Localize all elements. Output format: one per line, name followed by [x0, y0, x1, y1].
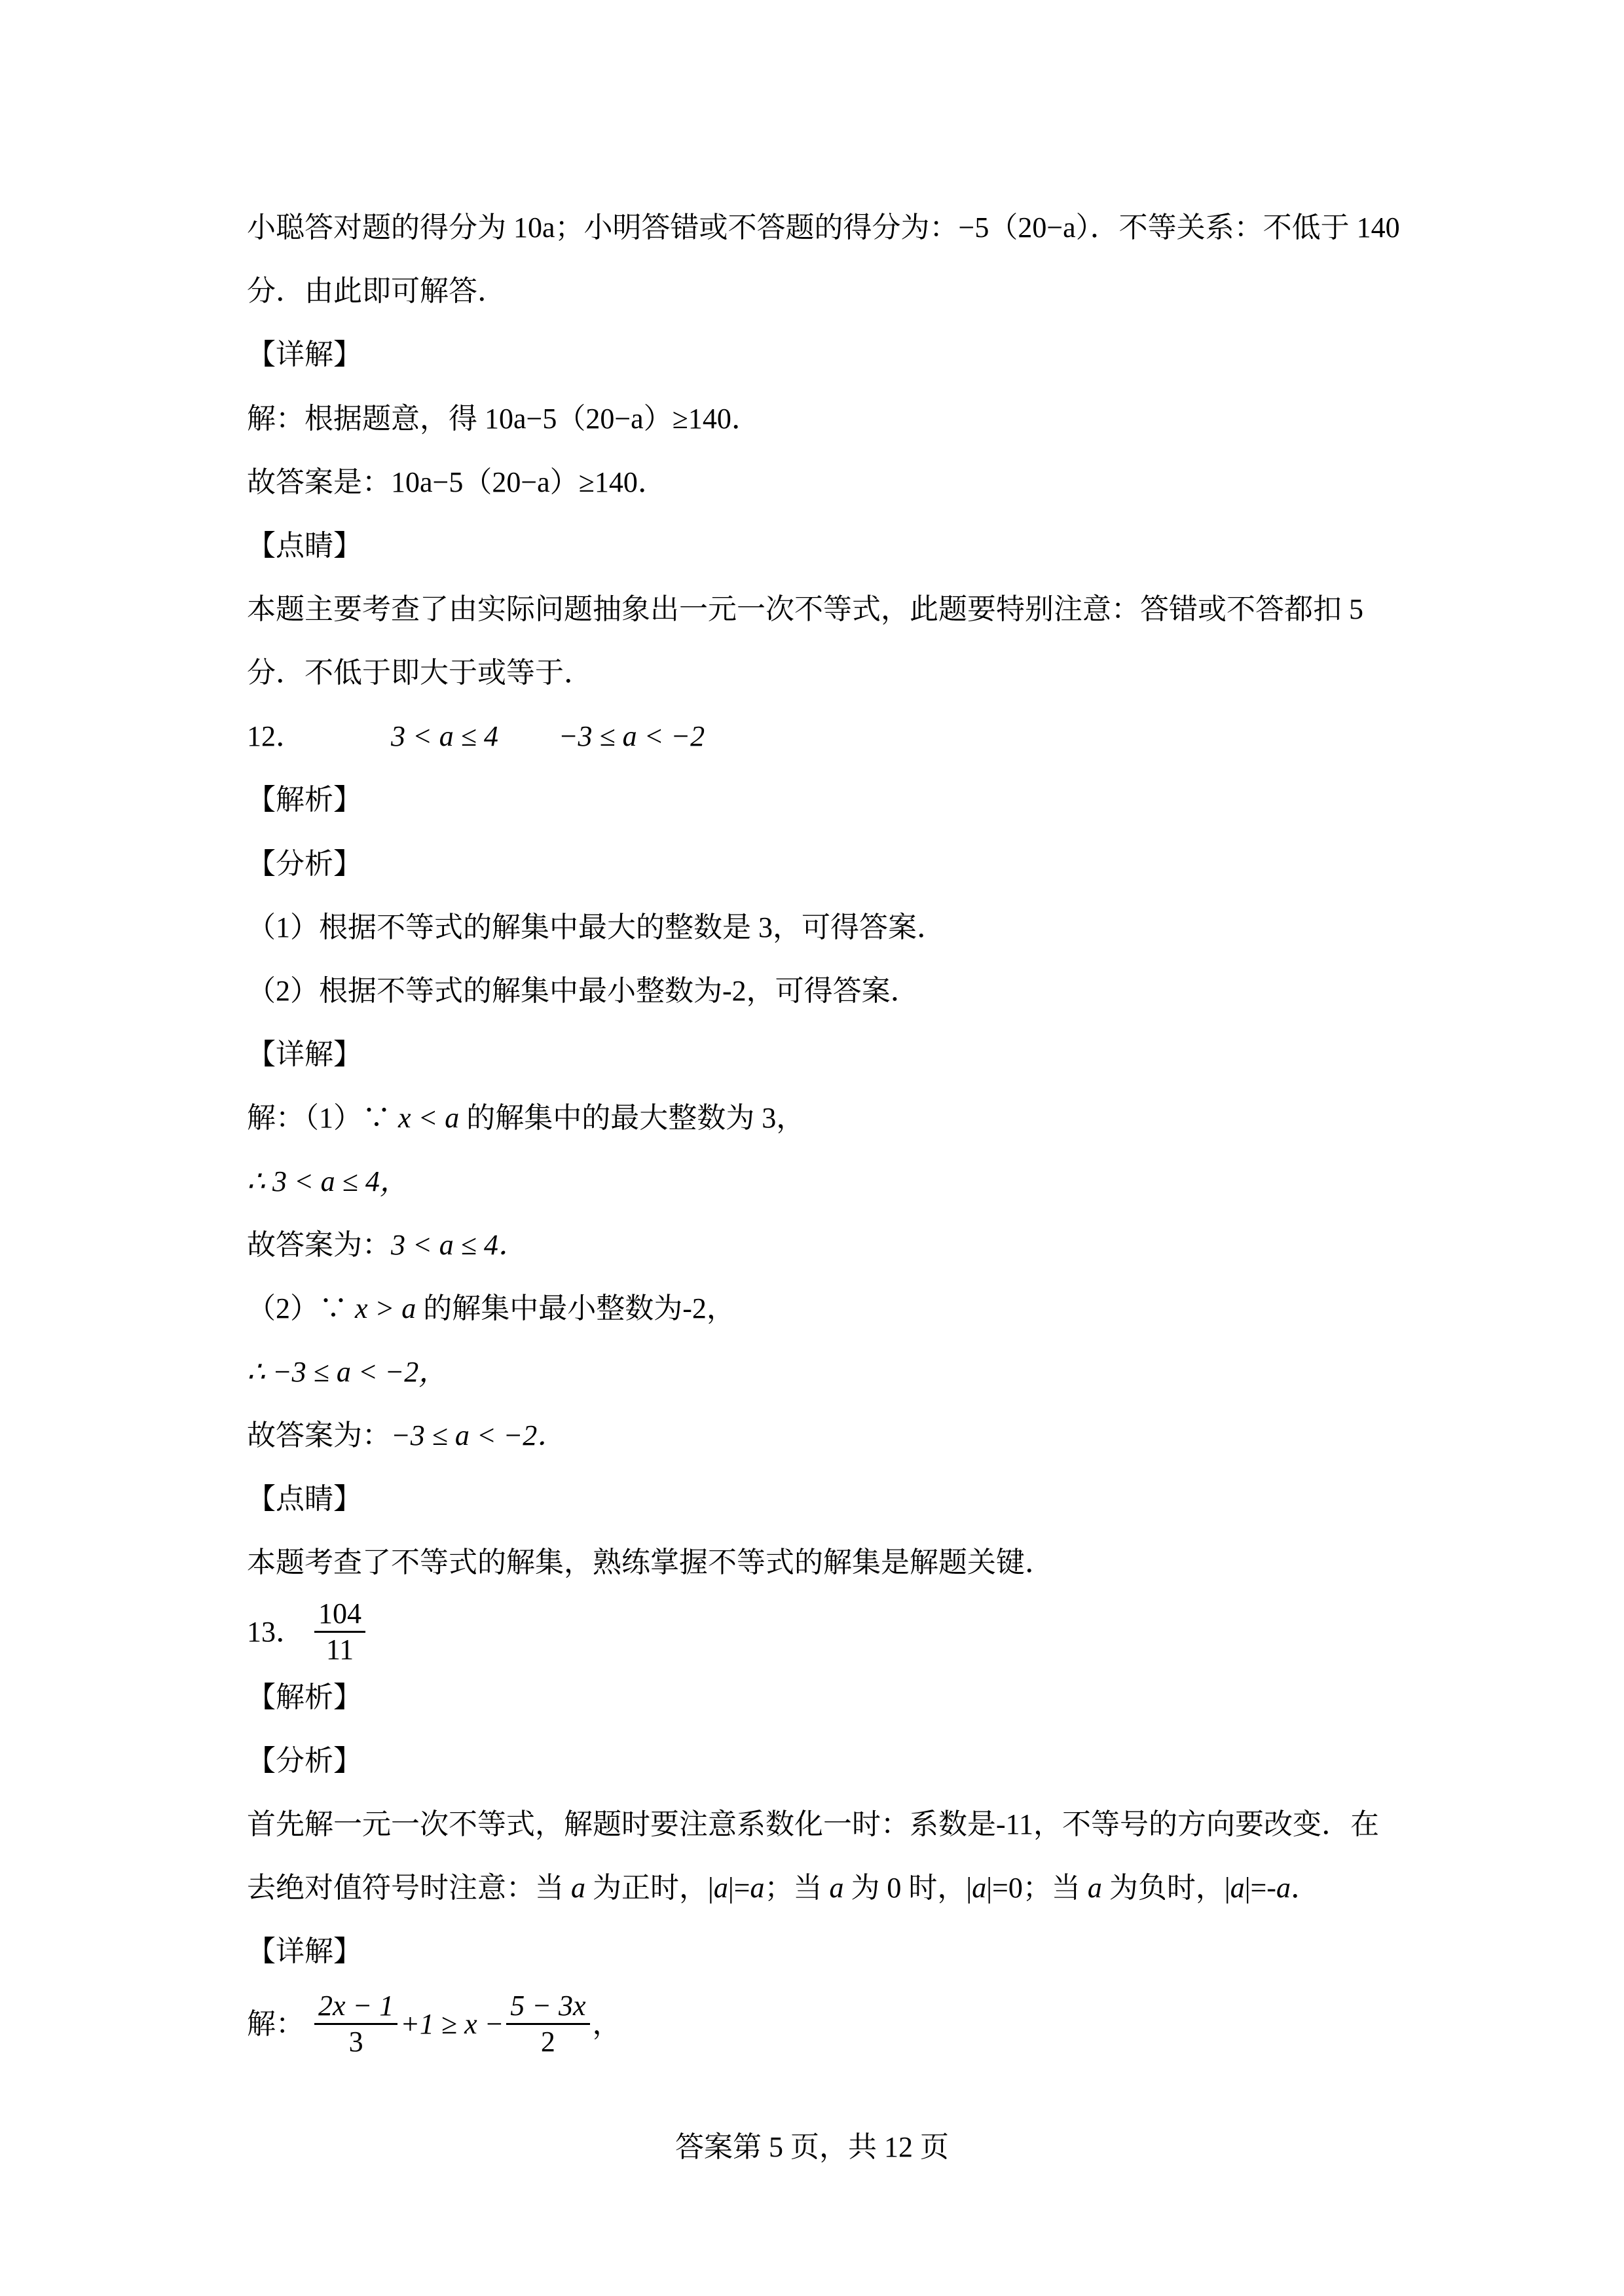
- section-heading-parse: 【解析】: [247, 1679, 362, 1716]
- text: ；当: [764, 1872, 829, 1904]
- section-heading-parse: 【解析】: [247, 782, 362, 818]
- text: |=: [728, 1872, 750, 1904]
- fraction: 104 11: [314, 1597, 365, 1667]
- math: a: [972, 1872, 986, 1904]
- text: 解：（1）∵: [247, 1102, 398, 1134]
- text-line: 分．由此即可解答．: [247, 273, 506, 310]
- text-line: 解：根据题意，得 10a−5（20−a）≥140．: [247, 401, 760, 437]
- math: a: [1276, 1872, 1291, 1904]
- text: 的解集中最小整数为-2，: [416, 1292, 735, 1324]
- denominator: 2: [506, 2025, 589, 2059]
- text-line: 首先解一元一次不等式，解题时要注意系数化一时：系数是-11，不等号的方向要改变．…: [247, 1806, 1379, 1843]
- text-line: （2）∵ x > a 的解集中最小整数为-2，: [247, 1290, 735, 1327]
- math: a: [1230, 1872, 1245, 1904]
- fraction: 5 − 3x 2: [506, 1989, 589, 2059]
- text: 故答案为：: [247, 1229, 391, 1261]
- section-heading-comment: 【点睛】: [247, 1481, 362, 1518]
- section-heading-analysis: 【分析】: [247, 1743, 362, 1779]
- text: 解：: [247, 2008, 304, 2040]
- text-line: 小聪答对题的得分为 10a；小明答错或不答题的得分为：−5（20−a）．不等关系…: [247, 210, 1400, 246]
- text: 为正时，|: [585, 1872, 714, 1904]
- math: +1 ≥ x −: [400, 2008, 504, 2040]
- text-line: （1）根据不等式的解集中最大的整数是 3，可得答案．: [247, 909, 946, 946]
- numerator: 2x − 1: [314, 1989, 397, 2025]
- section-heading-detail: 【详解】: [247, 337, 362, 373]
- math: x < a: [398, 1102, 459, 1134]
- math: a: [1088, 1872, 1102, 1904]
- section-heading-comment: 【点睛】: [247, 528, 362, 564]
- text: （2）∵: [247, 1292, 355, 1324]
- question-number: 12．: [247, 720, 304, 752]
- answer-2: −3 ≤ a < −2: [559, 720, 705, 752]
- text-line: 故答案为：3 < a ≤ 4．: [247, 1227, 527, 1264]
- text-line: 本题主要考查了由实际问题抽象出一元一次不等式，此题要特别注意：答错或不答都扣 5: [247, 591, 1363, 628]
- question-number: 13．: [247, 1616, 304, 1648]
- question-13-answer: 13． 104 11: [247, 1595, 368, 1667]
- text-line: 本题考查了不等式的解集，熟练掌握不等式的解集是解题关键．: [247, 1544, 1054, 1581]
- text: 的解集中的最大整数为 3，: [459, 1102, 805, 1134]
- denominator: 3: [314, 2025, 397, 2059]
- page-footer: 答案第 5 页，共 12 页: [0, 2129, 1624, 2166]
- text: ，: [593, 2008, 621, 2040]
- text-line: （2）根据不等式的解集中最小整数为-2，可得答案．: [247, 973, 919, 1010]
- text-line: 解：（1）∵ x < a 的解集中的最大整数为 3，: [247, 1100, 805, 1137]
- text-line: ∴ 3 < a ≤ 4，: [247, 1163, 409, 1200]
- math: 3 < a ≤ 4．: [391, 1229, 527, 1261]
- text-line: 故答案为：−3 ≤ a < −2．: [247, 1417, 566, 1454]
- text: |=0；当: [986, 1872, 1088, 1904]
- text: 为负时，|: [1102, 1872, 1230, 1904]
- text: 故答案为：: [247, 1419, 391, 1451]
- math: a: [714, 1872, 728, 1904]
- text-line: ∴ −3 ≤ a < −2，: [247, 1354, 447, 1391]
- text: |=-: [1245, 1872, 1276, 1904]
- math: x > a: [355, 1292, 416, 1324]
- text: 去绝对值符号时注意：当: [247, 1872, 571, 1904]
- math: a: [750, 1872, 764, 1904]
- math: a: [571, 1872, 585, 1904]
- numerator: 5 − 3x: [506, 1989, 589, 2025]
- section-heading-analysis: 【分析】: [247, 846, 362, 883]
- section-heading-detail: 【详解】: [247, 1036, 362, 1073]
- text-line: 分．不低于即大于或等于．: [247, 655, 593, 691]
- answer-1: 3 < a ≤ 4: [391, 720, 498, 752]
- inequality-line: 解： 2x − 1 3 +1 ≥ x − 5 − 3x 2 ，: [247, 1988, 621, 2059]
- denominator: 11: [314, 1633, 365, 1667]
- math: −3 ≤ a < −2．: [391, 1419, 566, 1451]
- text: ．: [1291, 1872, 1319, 1904]
- math: a: [829, 1872, 843, 1904]
- question-12-answer: 12． 3 < a ≤ 4 −3 ≤ a < −2: [247, 718, 705, 755]
- numerator: 104: [314, 1597, 365, 1633]
- text: 为 0 时，|: [843, 1872, 972, 1904]
- text-line: 故答案是：10a−5（20−a）≥140．: [247, 464, 667, 501]
- section-heading-detail: 【详解】: [247, 1933, 362, 1970]
- fraction: 2x − 1 3: [314, 1989, 397, 2059]
- text-line: 去绝对值符号时注意：当 a 为正时，|a|=a；当 a 为 0 时，|a|=0；…: [247, 1870, 1319, 1906]
